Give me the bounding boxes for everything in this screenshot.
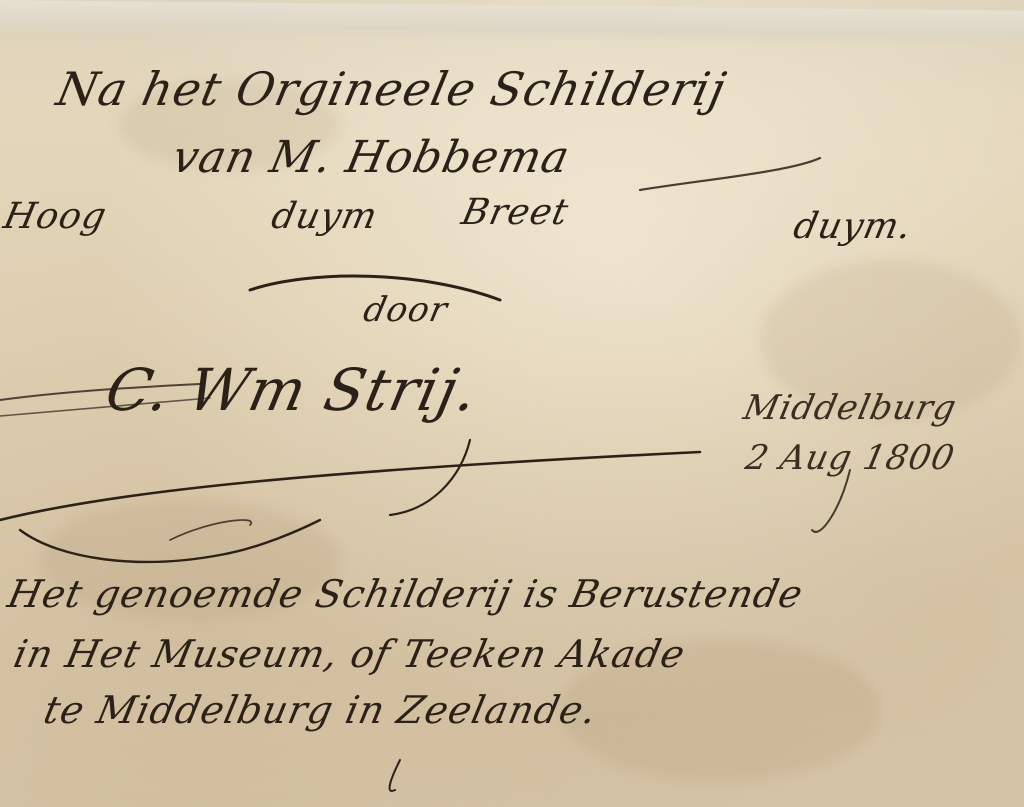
- body-line-2: in Het Museum, of Teeken Akade: [10, 632, 689, 676]
- document-paper: Na het Orgineele Schilderij van M. Hobbe…: [0, 0, 1024, 807]
- body-line-1: Het genoemde Schilderij is Berustende: [4, 572, 807, 616]
- paper-edge-strip: [0, 0, 1024, 47]
- title-line-1: Na het Orgineele Schilderij: [52, 62, 731, 116]
- signature: C. Wm Strij.: [100, 356, 484, 424]
- by-word: door: [360, 290, 451, 330]
- width-unit: duym.: [790, 206, 916, 247]
- body-line-3: te Middelburg in Zeelande.: [40, 688, 601, 732]
- place-name: Middelburg: [740, 388, 960, 428]
- height-unit: duym: [268, 196, 381, 237]
- width-label: Breet: [458, 192, 572, 233]
- height-label: Hoog: [0, 196, 111, 237]
- title-line-2: van M. Hobbema: [168, 132, 574, 183]
- date: 2 Aug 1800: [742, 438, 959, 478]
